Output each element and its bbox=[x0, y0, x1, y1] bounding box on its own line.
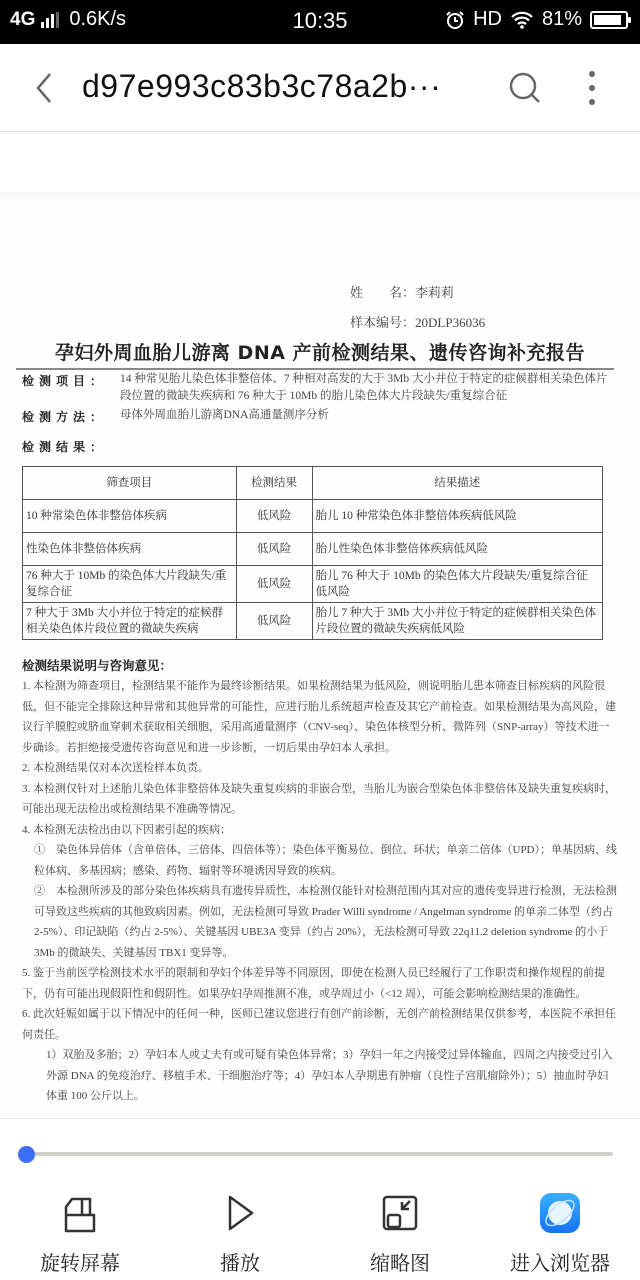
notes-list: 1. 本检测为筛查项目，检测结果不能作为最终诊断结果。如果检测结果为低风险，则说… bbox=[22, 676, 618, 1107]
cell-item: 性染色体非整倍体疾病 bbox=[23, 533, 237, 566]
notes-heading: 检测结果说明与咨询意见： bbox=[22, 656, 172, 674]
search-icon[interactable] bbox=[505, 68, 545, 108]
results-table: 筛查项目 检测结果 结果描述 10 种常染色体非整倍体疾病 低风险 胎儿 10 … bbox=[22, 466, 603, 640]
file-title: d97e993c83b3c78a2b··· bbox=[82, 68, 441, 105]
header-description: 结果描述 bbox=[312, 467, 603, 500]
more-icon[interactable] bbox=[580, 68, 604, 108]
note-item: 2. 本检测结果仅对本次送检样本负责。 bbox=[22, 758, 618, 779]
wifi-icon bbox=[510, 10, 534, 30]
rotate-screen-button[interactable]: 旋转屏幕 bbox=[0, 1177, 160, 1277]
sample-number: 样本编号：20DLP36036 bbox=[350, 312, 485, 331]
play-label: 播放 bbox=[220, 1247, 260, 1276]
cell-item: 76 种大于 10Mb 的染色体大片段缺失/重复综合征 bbox=[23, 566, 237, 603]
cell-result: 低风险 bbox=[236, 500, 312, 533]
alarm-icon bbox=[445, 10, 465, 30]
table-header-row: 筛查项目 检测结果 结果描述 bbox=[23, 467, 603, 500]
cell-item: 7 种大于 3Mb 大小并位于特定的症候群相关染色体片段位置的微缺失疾病 bbox=[23, 603, 237, 640]
note-item: 1. 本检测为筛查项目，检测结果不能作为最终诊断结果。如果检测结果为低风险，则说… bbox=[22, 676, 618, 758]
note-subitem: ② 本检测所涉及的部分染色体疾病具有遗传异质性，本检测仅能针对检测范围内其对应的… bbox=[22, 881, 618, 963]
note-item: 5. 鉴于当前医学检测技术水平的限制和孕妇个体差异等不同原因，即使在检测人员已经… bbox=[22, 963, 618, 1004]
play-icon bbox=[218, 1191, 262, 1235]
thumbnail-button[interactable]: 缩略图 bbox=[320, 1177, 480, 1277]
cell-description: 胎儿 76 种大于 10Mb 的染色体大片段缺失/重复综合征低风险 bbox=[312, 566, 603, 603]
cell-description: 胎儿 10 种常染色体非整倍体疾病低风险 bbox=[312, 500, 603, 533]
rotate-screen-icon bbox=[58, 1191, 102, 1235]
thumbnail-label: 缩略图 bbox=[370, 1247, 430, 1276]
open-in-browser-label: 进入浏览器 bbox=[510, 1247, 610, 1276]
document-page[interactable]: 姓 名：李莉莉 样本编号：20DLP36036 孕妇外周血胎儿游离 DNA 产前… bbox=[0, 200, 640, 1118]
hd-indicator: HD bbox=[473, 8, 502, 31]
divider bbox=[16, 368, 614, 370]
thumbnail-icon bbox=[378, 1191, 422, 1235]
note-item: 4. 本检测无法检出由以下因素引起的疾病： bbox=[22, 820, 618, 841]
status-bar: 4G 0.6K/s 10:35 HD 81% bbox=[0, 0, 640, 44]
cell-result: 低风险 bbox=[236, 533, 312, 566]
battery-icon bbox=[590, 11, 628, 29]
table-row: 76 种大于 10Mb 的染色体大片段缺失/重复综合征 低风险 胎儿 76 种大… bbox=[23, 566, 603, 603]
note-item: 3. 本检测仅针对上述胎儿染色体非整倍体及缺失重复疾病的非嵌合型，当胎儿为嵌合型… bbox=[22, 779, 618, 820]
cell-result: 低风险 bbox=[236, 603, 312, 640]
viewer-background bbox=[0, 132, 640, 194]
page-slider-thumb[interactable] bbox=[18, 1146, 35, 1163]
items-value: 14 种常见胎儿染色体非整倍体、7 种相对高发的大于 3Mb 大小并位于特定的症… bbox=[120, 371, 610, 405]
table-row: 10 种常染色体非整倍体疾病 低风险 胎儿 10 种常染色体非整倍体疾病低风险 bbox=[23, 500, 603, 533]
method-value: 母体外周血胎儿游离DNA高通量测序分析 bbox=[120, 407, 610, 424]
status-right: HD 81% bbox=[445, 8, 628, 31]
battery-percent: 81% bbox=[542, 8, 582, 31]
report-title: 孕妇外周血胎儿游离 DNA 产前检测结果、遗传咨询补充报告 bbox=[0, 338, 640, 365]
patient-name: 姓 名：李莉莉 bbox=[350, 282, 454, 301]
header-result: 检测结果 bbox=[236, 467, 312, 500]
name-label: 姓 名： bbox=[350, 285, 415, 300]
cell-description: 胎儿性染色体非整倍体疾病低风险 bbox=[312, 533, 603, 566]
result-label: 检测结果： bbox=[22, 438, 107, 455]
note-item: 6. 此次妊娠如属于以下情况中的任何一种，医师已建议您进行有创产前诊断，无创产前… bbox=[22, 1004, 618, 1045]
play-button[interactable]: 播放 bbox=[160, 1177, 320, 1277]
rotate-screen-label: 旋转屏幕 bbox=[40, 1247, 120, 1276]
items-label: 检测项目： bbox=[22, 372, 107, 389]
back-icon[interactable] bbox=[28, 66, 68, 110]
cell-item: 10 种常染色体非整倍体疾病 bbox=[23, 500, 237, 533]
sample-value: 20DLP36036 bbox=[415, 315, 485, 330]
open-in-browser-button[interactable]: 进入浏览器 bbox=[480, 1177, 640, 1277]
app-bar: d97e993c83b3c78a2b··· bbox=[0, 44, 640, 132]
page-slider-track[interactable] bbox=[26, 1152, 613, 1156]
note-subitem: 1）双胎及多胎；2）孕妇本人或丈夫有或可疑有染色体异常；3）孕妇一年之内接受过异… bbox=[22, 1045, 618, 1107]
header-screening-item: 筛查项目 bbox=[23, 467, 237, 500]
table-row: 性染色体非整倍体疾病 低风险 胎儿性染色体非整倍体疾病低风险 bbox=[23, 533, 603, 566]
action-bar: 旋转屏幕 播放 缩略图 进入浏览器 bbox=[0, 1177, 640, 1277]
note-subitem: ① 染色体异倍体（含单倍体、三倍体、四倍体等）；染色体平衡易位、倒位、环状；单亲… bbox=[22, 840, 618, 881]
method-label: 检测方法： bbox=[22, 408, 107, 425]
page-edge bbox=[0, 192, 640, 200]
name-value: 李莉莉 bbox=[415, 285, 454, 300]
sample-label: 样本编号： bbox=[350, 315, 415, 330]
cell-description: 胎儿 7 种大于 3Mb 大小并位于特定的症候群相关染色体片段位置的微缺失疾病低… bbox=[312, 603, 603, 640]
browser-icon bbox=[538, 1191, 582, 1235]
table-row: 7 种大于 3Mb 大小并位于特定的症候群相关染色体片段位置的微缺失疾病 低风险… bbox=[23, 603, 603, 640]
bottom-panel: 旋转屏幕 播放 缩略图 进入浏览器 bbox=[0, 1118, 640, 1280]
cell-result: 低风险 bbox=[236, 566, 312, 603]
